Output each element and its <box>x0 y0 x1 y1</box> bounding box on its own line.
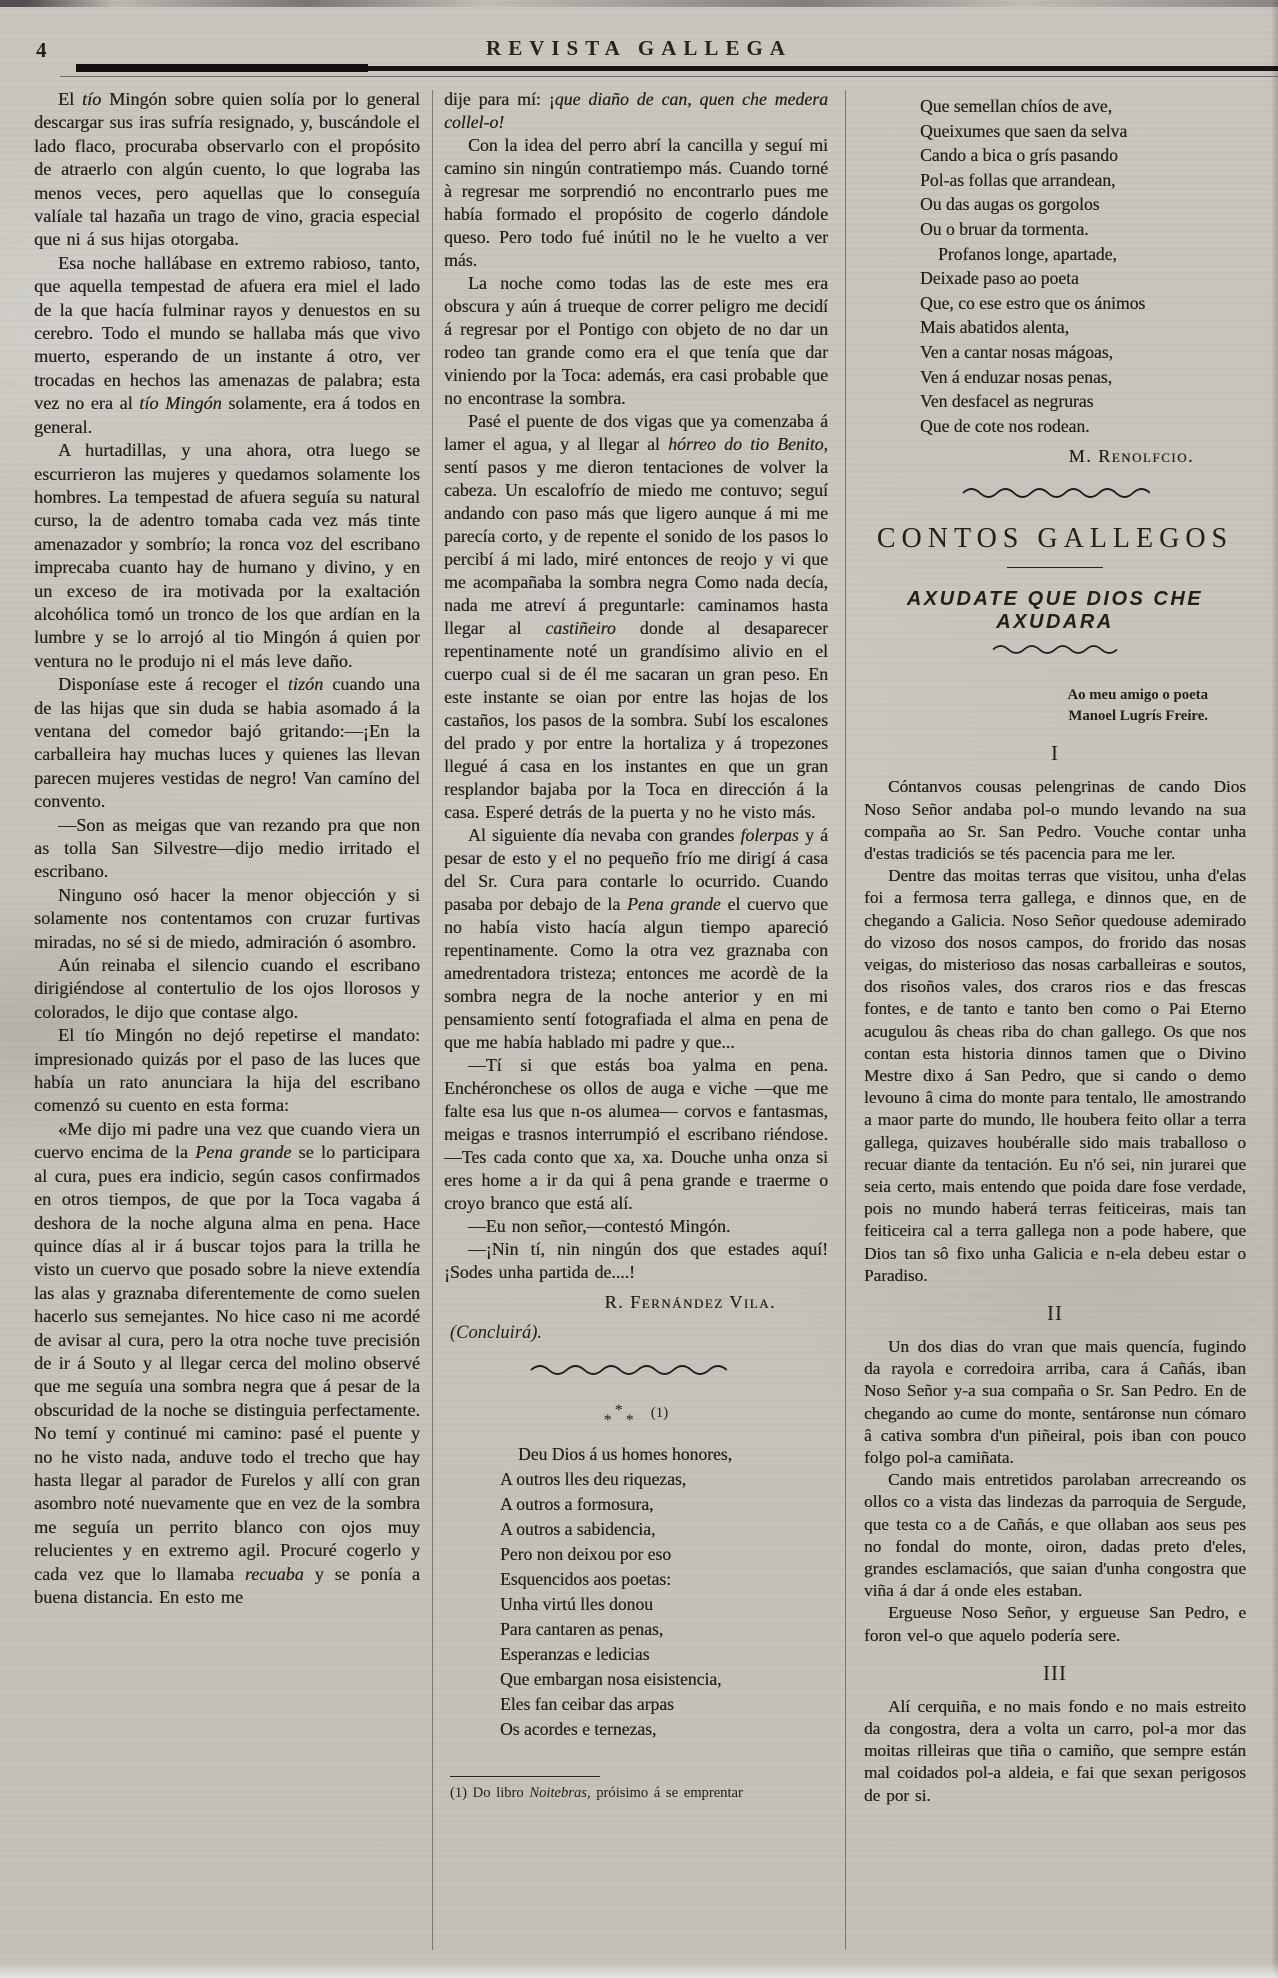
footnote-reference: (1) <box>651 1405 669 1422</box>
wavy-divider-icon <box>990 644 1120 655</box>
dedication-line-2: Manoel Lugrís Freire. <box>864 706 1208 727</box>
story-part-2: Un dos dias do vran que mais quencía, fu… <box>864 1336 1246 1647</box>
poem-line: Deu Dios á us homes honores, <box>500 1442 828 1467</box>
poem-column-3: Que semellan chíos de ave,Queixumes que … <box>920 94 1246 438</box>
footnote-rule <box>450 1776 600 1777</box>
poem-line: Esquencidos aos poetas: <box>500 1567 828 1592</box>
story-paragraph: dije para mí: ¡que diaño de can, quen ch… <box>444 88 828 134</box>
poem-line: Os acordes e ternezas, <box>500 1717 828 1742</box>
scan-artifact-top-edge <box>0 0 1278 7</box>
author-signature: R. Fernández Vila. <box>444 1292 828 1313</box>
story-part-1: Cóntanvos cousas pelengrinas de cando Di… <box>864 776 1246 1287</box>
poem-line: Unha virtú lles donou <box>500 1592 828 1617</box>
section-numeral-3: III <box>864 1661 1246 1686</box>
story-paragraph: —¡Nin tí, nin ningún dos que estades aqu… <box>444 1238 828 1284</box>
story-paragraph: El tío Mingón sobre quien solía por lo g… <box>34 88 420 252</box>
asterism-stars: * * * <box>604 1406 639 1426</box>
poem-line: Cando a bica o grís pasando <box>920 143 1246 168</box>
story-paragraph: —Son as meigas que van rezando pra que n… <box>34 814 420 884</box>
story-paragraph: Aún reinaba el silencio cuando el escrib… <box>34 954 420 1024</box>
story-paragraph: Ergueuse Noso Señor, y ergueuse San Pedr… <box>864 1602 1246 1646</box>
poem-line: Pero non deixou por eso <box>500 1542 828 1567</box>
story-paragraph: El tío Mingón no dejó repetirse el manda… <box>34 1024 420 1118</box>
story-paragraph: Con la idea del perro abrí la cancilla y… <box>444 134 828 272</box>
poem-line: Profanos longe, apartade, <box>920 242 1246 267</box>
dedication-line-1: Ao meu amigo o poeta <box>864 685 1208 706</box>
story-paragraph: Cando mais entretidos parolaban arrecrea… <box>864 1469 1246 1602</box>
poem-line: Queixumes que saen da selva <box>920 119 1246 144</box>
page-body: El tío Mingón sobre quien solía por lo g… <box>34 88 1246 1966</box>
header-rule-heavy-segment <box>76 64 368 72</box>
story-paragraph: Disponíase este á recoger el tizón cuand… <box>34 673 420 813</box>
column-2: dije para mí: ¡que diaño de can, quen ch… <box>444 88 828 1966</box>
poem-line: Que, co ese estro que os ánimos <box>920 291 1246 316</box>
story-part-3: Alí cerquiña, e no mais fondo e no mais … <box>864 1696 1246 1807</box>
column-1: El tío Mingón sobre quien solía por lo g… <box>34 88 420 1966</box>
dedication: Ao meu amigo o poeta Manoel Lugrís Freir… <box>864 685 1246 727</box>
poem-line: Esperanzas e ledicias <box>500 1642 828 1667</box>
poem-line: Para cantaren as penas, <box>500 1617 828 1642</box>
asterism: * * * (1) <box>444 1406 828 1426</box>
wavy-divider-icon <box>960 487 1150 499</box>
footnote: (1) Do libro Noitebras, próisimo á se em… <box>450 1785 828 1802</box>
story-paragraph: Un dos dias do vran que mais quencía, fu… <box>864 1336 1246 1469</box>
poem-line: Eles fan ceibar das arpas <box>500 1692 828 1717</box>
poem-line: Que de cote nos rodean. <box>920 414 1246 439</box>
story-paragraph: Al siguiente día nevaba con grandes fole… <box>444 824 828 1054</box>
story-paragraph: Esa noche hallábase en extremo rabioso, … <box>34 252 420 439</box>
story-paragraph: —Tí si que estás boa yalma en pena. Ench… <box>444 1054 828 1215</box>
section-heading: CONTOS GALLEGOS <box>864 523 1246 555</box>
asterism-bottom: * * <box>604 1416 639 1426</box>
poem-line: Ou das augas os gorgolos <box>920 192 1246 217</box>
story-paragraph: A hurtadillas, y una ahora, otra luego s… <box>34 439 420 673</box>
poet-signature: M. Renolfcio. <box>864 446 1246 467</box>
poem-line: Pol-as follas que arrandean, <box>920 168 1246 193</box>
poem-line: Mais abatidos alenta, <box>920 315 1246 340</box>
header-rule-thin <box>60 76 1278 77</box>
poem-line: A outros a formosura, <box>500 1492 828 1517</box>
poem-line: A outros lles deu riquezas, <box>500 1467 828 1492</box>
column-3: Que semellan chíos de ave,Queixumes que … <box>864 88 1246 1966</box>
poem-line: Ven a cantar nosas mágoas, <box>920 340 1246 365</box>
story-paragraph: La noche como todas las de este mes era … <box>444 272 828 410</box>
story-paragraph: Alí cerquiña, e no mais fondo e no mais … <box>864 1696 1246 1807</box>
story-paragraph: —Eu non señor,—contestó Mingón. <box>444 1215 828 1238</box>
heading-rule <box>1007 567 1103 568</box>
poem-line: Ou o bruar da tormenta. <box>920 217 1246 242</box>
newspaper-page: 4 REVISTA GALLEGA El tío Mingón sobre qu… <box>0 0 1278 1978</box>
story-paragraph: «Me dijo mi padre una vez que cuando vie… <box>34 1118 420 1610</box>
poem-column-2: Deu Dios á us homes honores,A outros lle… <box>500 1442 828 1742</box>
poem-line: Ven á enduzar nosas penas, <box>920 365 1246 390</box>
story-title: AXUDATE QUE DIOS CHE AXUDARA <box>864 588 1246 634</box>
publication-title: REVISTA GALLEGA <box>0 36 1278 61</box>
story-paragraph: Dentre das moitas terras que visitou, un… <box>864 865 1246 1287</box>
poem-line: Que semellan chíos de ave, <box>920 94 1246 119</box>
scan-artifact-right-edge <box>1271 0 1278 1978</box>
section-numeral-1: I <box>864 741 1246 766</box>
story-paragraph: Cóntanvos cousas pelengrinas de cando Di… <box>864 776 1246 865</box>
story-text-column-2: dije para mí: ¡que diaño de can, quen ch… <box>444 88 828 1284</box>
poem-line: Que embargan nosa eisistencia, <box>500 1667 828 1692</box>
poem-line: Ven desfacel as negruras <box>920 389 1246 414</box>
poem-line: Deixade paso ao poeta <box>920 266 1246 291</box>
wavy-divider-icon <box>528 1364 744 1376</box>
story-paragraph: Ninguno osó hacer la menor objección y s… <box>34 884 420 954</box>
story-paragraph: Pasé el puente de dos vigas que ya comen… <box>444 410 828 824</box>
poem-line: A outros a sabidencia, <box>500 1517 828 1542</box>
to-be-continued-note: (Concluirá). <box>450 1323 828 1344</box>
story-text-column-1: El tío Mingón sobre quien solía por lo g… <box>34 88 420 1609</box>
section-numeral-2: II <box>864 1301 1246 1326</box>
